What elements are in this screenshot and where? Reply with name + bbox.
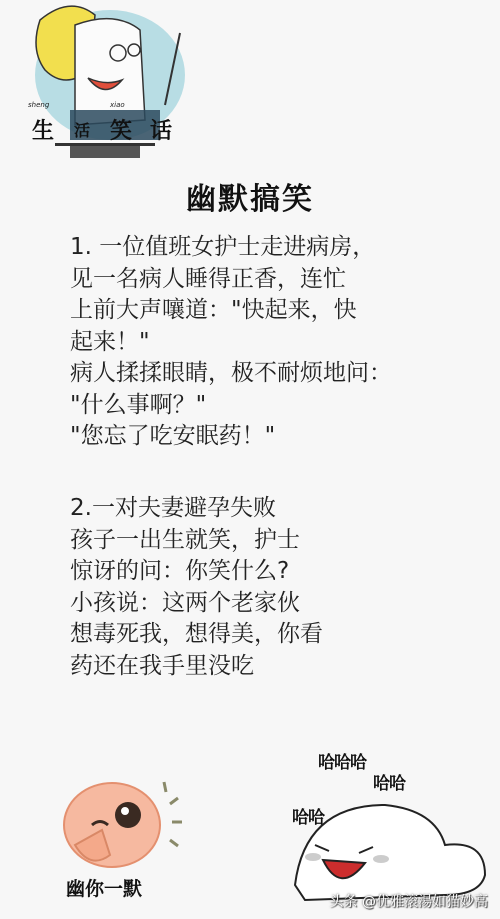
joke-line: 惊讶的问：你笑什么? bbox=[70, 556, 323, 588]
sticker-wink: 幽你一默 bbox=[40, 770, 190, 910]
logo-char-1: 生 bbox=[32, 114, 54, 145]
logo-char-4: 话 bbox=[150, 114, 172, 145]
logo-pinyin-1: sheng bbox=[28, 101, 49, 109]
joke-line: "您忘了吃安眠药！" bbox=[70, 421, 392, 453]
logo-pinyin-3: xiao bbox=[110, 101, 125, 109]
joke-line: 上前大声嚷道："快起来，快 bbox=[70, 295, 392, 327]
joke-line: 药还在我手里没吃 bbox=[70, 651, 323, 683]
joke-line: 2.一对夫妻避孕失败 bbox=[70, 493, 323, 525]
joke-line: 病人揉揉眼睛，极不耐烦地问： bbox=[70, 358, 392, 390]
winking-character-icon bbox=[40, 770, 190, 880]
page-title: 幽默搞笑 bbox=[0, 174, 500, 218]
watermark: 头条 @优雅滚湯如猫妙高 bbox=[330, 891, 488, 911]
joke-line: 想毒死我，想得美，你看 bbox=[70, 619, 323, 651]
logo-illustration: sheng xiao 生 活 笑 话 bbox=[10, 0, 185, 160]
joke-2: 2.一对夫妻避孕失败 孩子一出生就笑，护士 惊讶的问：你笑什么? 小孩说：这两个… bbox=[70, 493, 323, 682]
joke-line: 小孩说：这两个老家伙 bbox=[70, 588, 323, 620]
joke-line: 见一名病人睡得正香，连忙 bbox=[70, 264, 392, 296]
logo-char-3: 笑 bbox=[110, 114, 132, 145]
joke-line: 起来！" bbox=[70, 327, 392, 359]
sticker-caption: 幽你一默 bbox=[66, 874, 142, 901]
joke-line: 孩子一出生就笑，护士 bbox=[70, 525, 323, 557]
joke-1: 1. 一位值班女护士走进病房， 见一名病人睡得正香，连忙 上前大声嚷道："快起来… bbox=[70, 232, 392, 453]
joke-line: 1. 一位值班女护士走进病房， bbox=[70, 232, 392, 264]
logo-char-2: 活 bbox=[74, 118, 90, 141]
joke-line: "什么事啊？" bbox=[70, 390, 392, 422]
